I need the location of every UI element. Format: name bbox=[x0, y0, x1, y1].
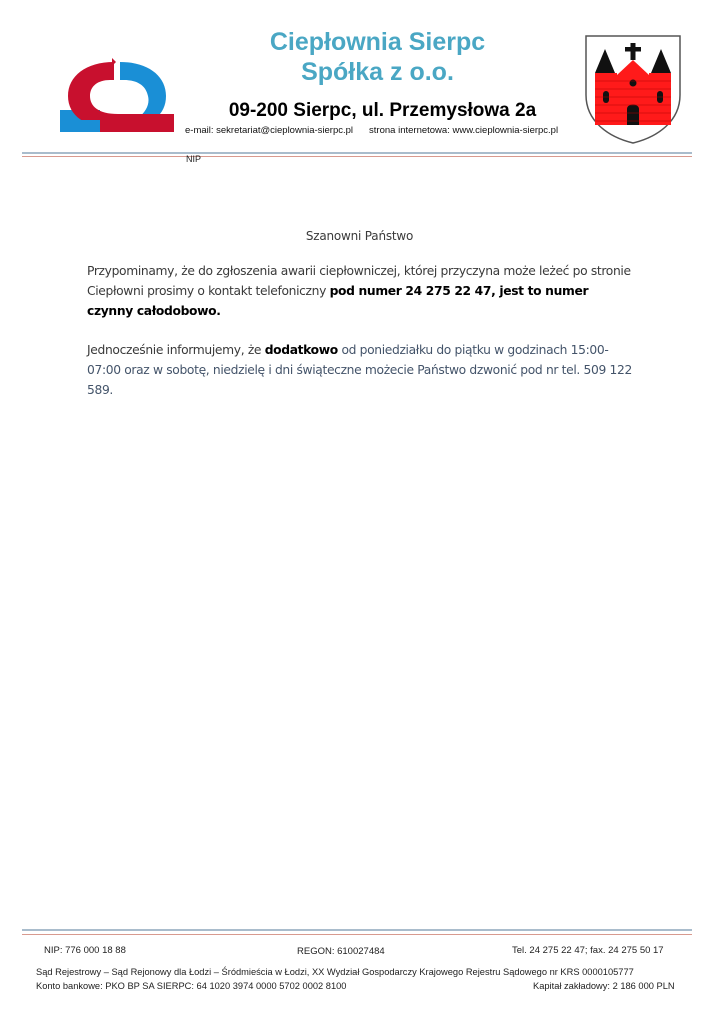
company-name: Ciepłownia Sierpc Spółka z o.o. bbox=[200, 27, 555, 87]
footer-phone-fax: Tel. 24 275 22 47; fax. 24 275 50 17 bbox=[512, 945, 664, 956]
coat-of-arms-icon bbox=[583, 33, 683, 145]
footer-bank-account: Konto bankowe: PKO BP SA SIERPC: 64 1020… bbox=[36, 981, 346, 991]
paragraph-emergency-contact: Przypominamy, że do zgłoszenia awarii ci… bbox=[87, 261, 632, 321]
paragraph2-text: Jednocześnie informujemy, że bbox=[87, 343, 265, 357]
company-name-line1: Ciepłownia Sierpc bbox=[200, 27, 555, 57]
footer-nip: NIP: 776 000 18 88 bbox=[44, 945, 126, 956]
letter-body: Szanowni Państwo Przypominamy, że do zgł… bbox=[87, 229, 632, 419]
header-divider-red bbox=[22, 156, 692, 157]
footer-share-capital: Kapitał zakładowy: 2 186 000 PLN bbox=[533, 981, 675, 991]
footer-regon: REGON: 610027484 bbox=[297, 946, 385, 957]
paragraph2-emphasis: dodatkowo bbox=[265, 343, 338, 357]
website-text: strona internetowa: www.cieplownia-sierp… bbox=[369, 125, 558, 136]
header-nip-label: NIP bbox=[186, 154, 201, 164]
contact-line: e-mail: sekretariat@cieplownia-sierpc.pl… bbox=[185, 125, 580, 136]
company-name-line2: Spółka z o.o. bbox=[200, 57, 555, 87]
paragraph-additional-hours: Jednocześnie informujemy, że dodatkowo o… bbox=[87, 340, 632, 400]
email-text: e-mail: sekretariat@cieplownia-sierpc.pl bbox=[185, 125, 353, 136]
footer-divider-blue bbox=[22, 929, 692, 931]
salutation: Szanowni Państwo bbox=[87, 229, 632, 243]
header-divider-blue bbox=[22, 152, 692, 154]
footer-divider-red bbox=[22, 934, 692, 935]
footer-court-registry: Sąd Rejestrowy – Sąd Rejonowy dla Łodzi … bbox=[36, 967, 634, 977]
company-address: 09-200 Sierpc, ul. Przemysłowa 2a bbox=[185, 100, 580, 122]
company-logo-icon bbox=[58, 58, 176, 136]
